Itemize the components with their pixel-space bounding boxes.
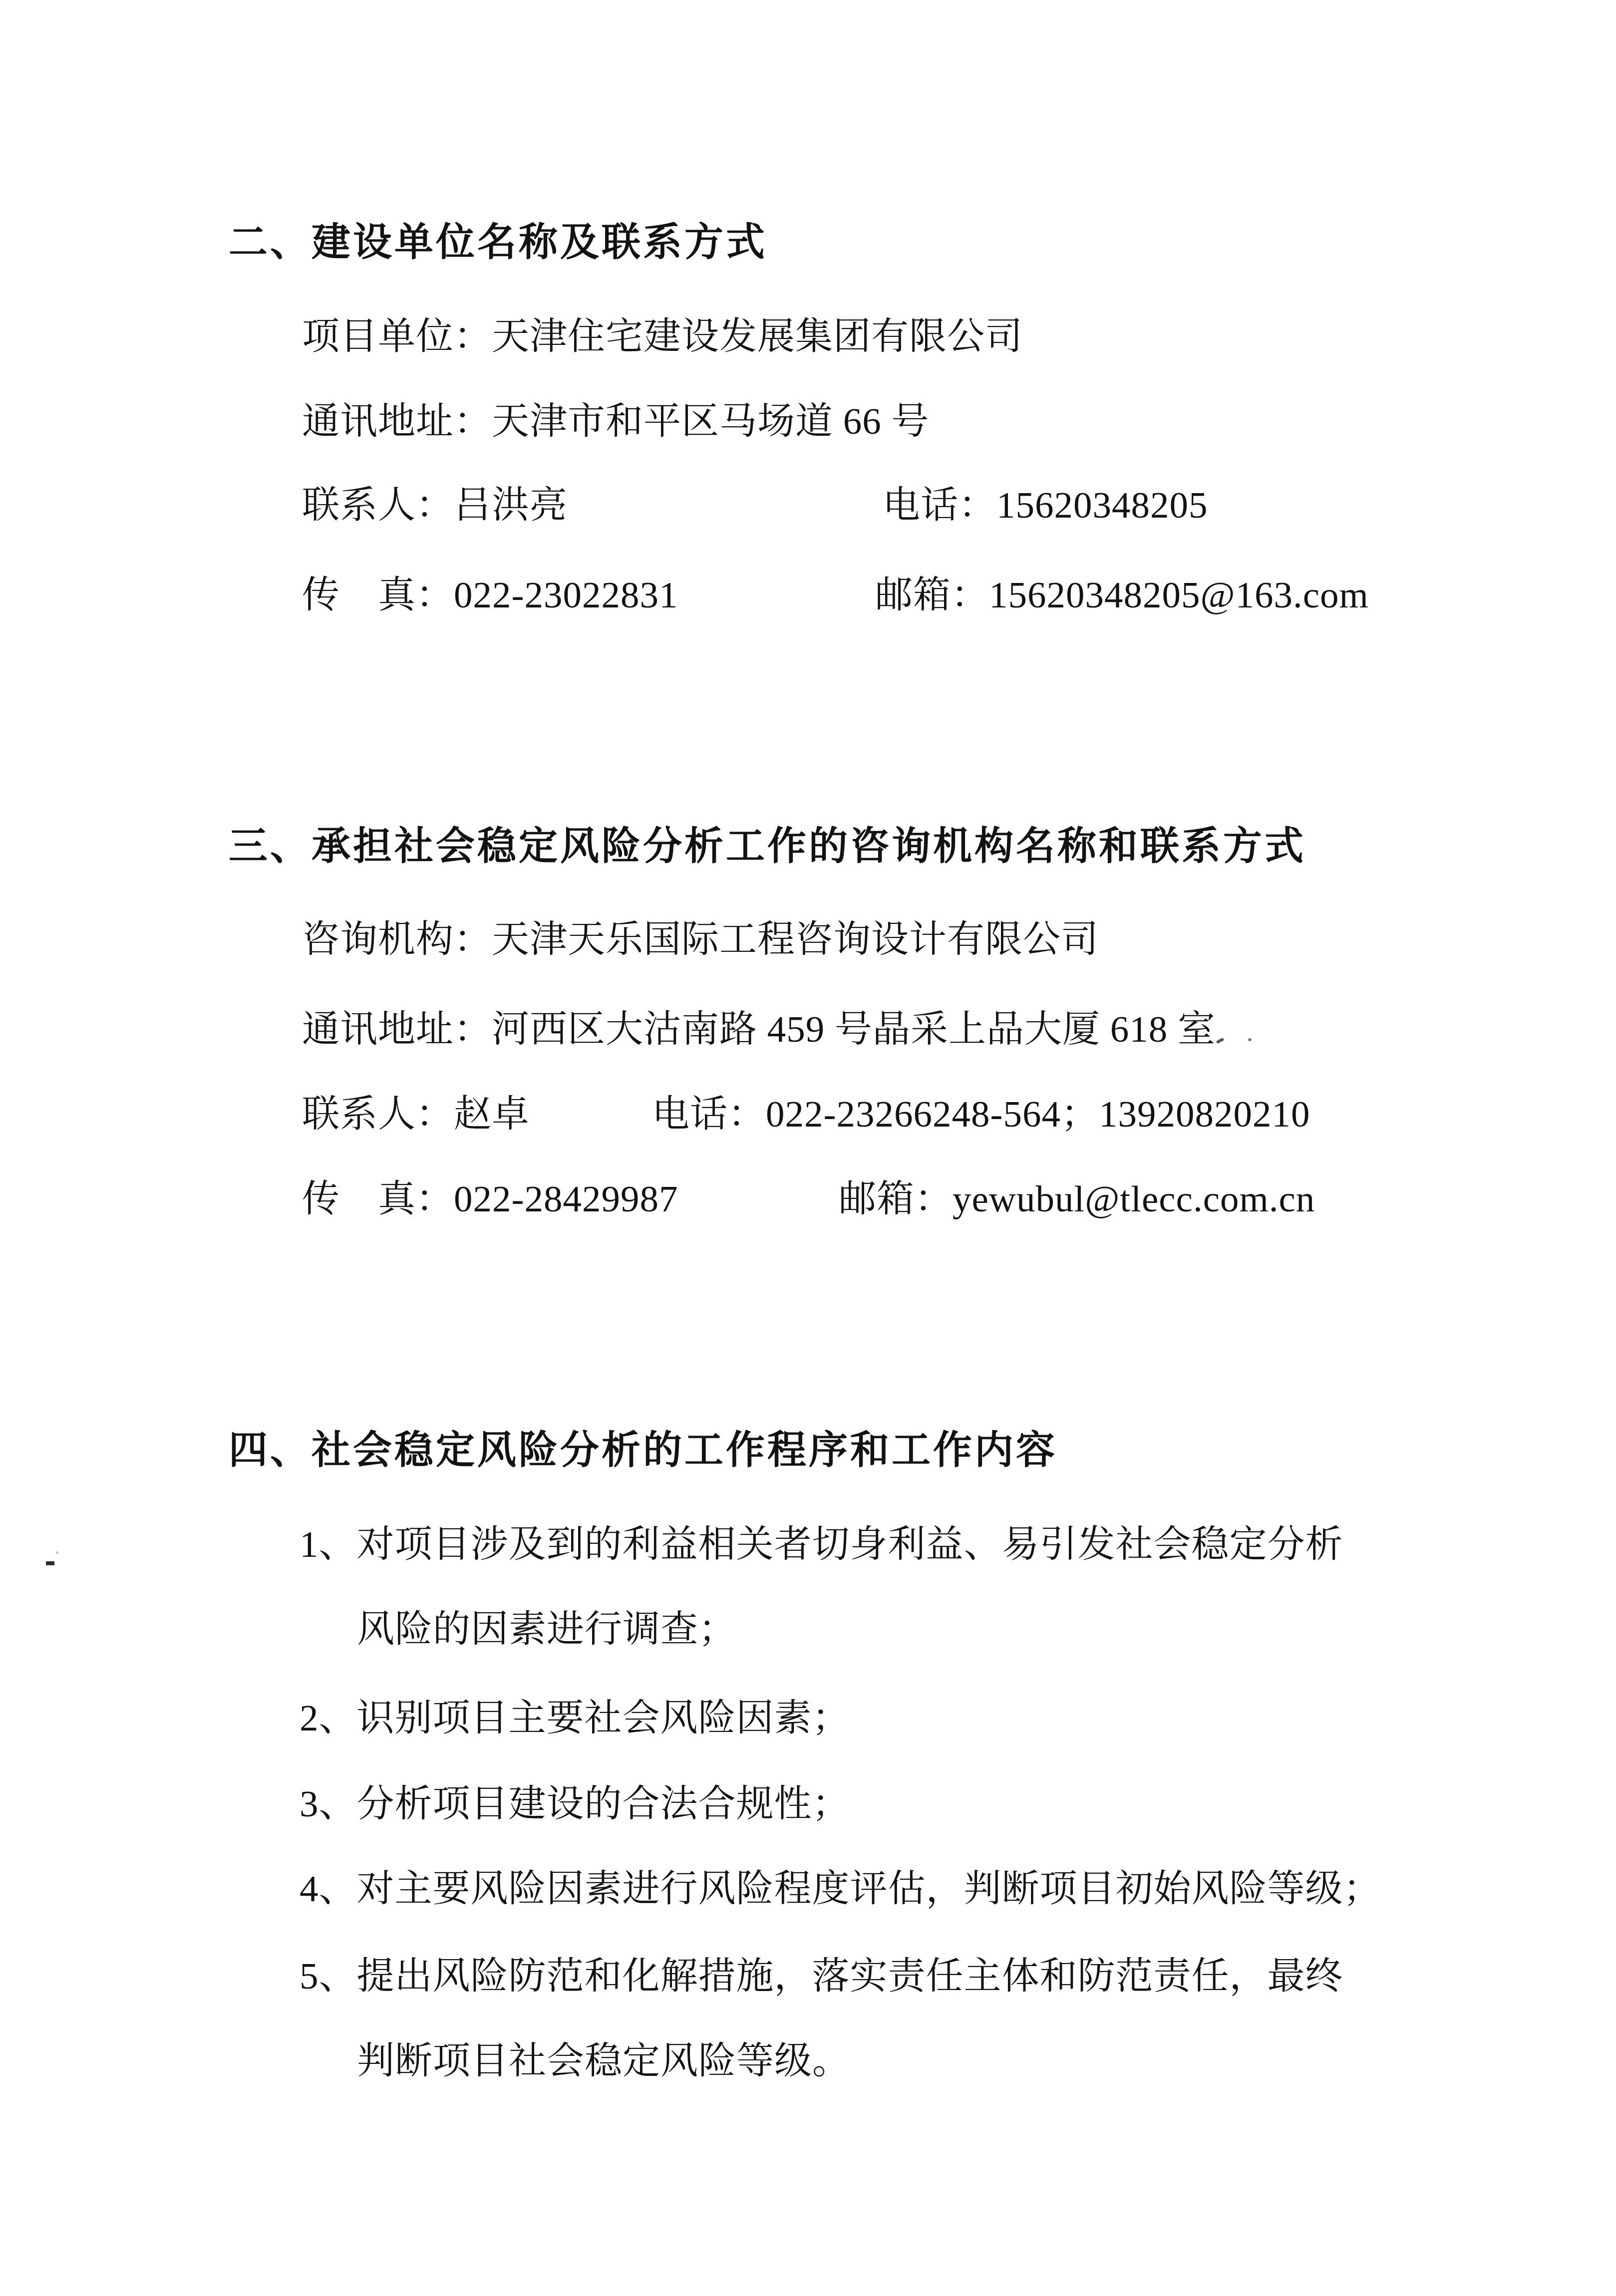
- scan-artifact-dash: [46, 1561, 54, 1565]
- field-label: 通讯地址：: [302, 401, 492, 442]
- agency-fax: 传 真：022-28429987: [302, 1180, 678, 1218]
- agency-phone: 电话：022-23266248-564；13920820210: [652, 1096, 1310, 1133]
- agency-email: 邮箱：yewubul@tlecc.com.cn: [839, 1180, 1315, 1218]
- field-label: 联系人：: [302, 1094, 454, 1135]
- project-unit-row: 项目单位：天津住宅建设发展集团有限公司: [302, 318, 1023, 355]
- procedure-item-1: 1、对项目涉及到的利益相关者切身利益、易引发社会稳定分析: [300, 1526, 1343, 1563]
- field-value: 15620348205@163.com: [989, 574, 1369, 616]
- item-text: 分析项目建设的合法合规性；: [357, 1783, 850, 1825]
- field-label: 邮箱：: [839, 1178, 953, 1220]
- item-text: 对项目涉及到的利益相关者切身利益、易引发社会稳定分析: [357, 1524, 1343, 1565]
- section-3-heading: 三、承担社会稳定风险分析工作的咨询机构名称和联系方式: [229, 827, 1306, 866]
- item-marker: 1、: [300, 1524, 357, 1565]
- agency-name-row: 咨询机构：天津天乐国际工程咨询设计有限公司: [302, 921, 1099, 958]
- field-label: 电话：: [883, 485, 996, 526]
- field-value: 天津市和平区马场道 66 号: [492, 401, 930, 442]
- field-label: 传 真：: [302, 574, 454, 616]
- field-value: 022-28429987: [454, 1178, 678, 1220]
- owner-address-row: 通讯地址：天津市和平区马场道 66 号: [302, 403, 930, 440]
- field-label: 咨询机构：: [302, 919, 492, 960]
- field-label: 邮箱：: [875, 574, 989, 616]
- field-value: 15620348205: [996, 485, 1208, 526]
- procedure-item-1-continuation: 风险的因素进行调查；: [357, 1611, 736, 1648]
- owner-phone: 电话：15620348205: [883, 487, 1208, 524]
- field-label: 项目单位：: [302, 316, 492, 357]
- scan-artifact-tick: [1216, 1038, 1225, 1044]
- field-value: 天津住宅建设发展集团有限公司: [492, 316, 1023, 357]
- procedure-item-5-continuation: 判断项目社会稳定风险等级。: [357, 2042, 850, 2080]
- section-2-heading: 二、建设单位名称及联系方式: [229, 223, 767, 262]
- field-value: 赵卓: [454, 1094, 530, 1135]
- item-marker: 2、: [300, 1698, 357, 1739]
- field-value: 022-23022831: [454, 574, 678, 616]
- procedure-item-3: 3、分析项目建设的合法合规性；: [300, 1785, 850, 1823]
- field-value: 吕洪亮: [454, 485, 568, 526]
- owner-contact-person: 联系人：吕洪亮: [302, 487, 568, 524]
- scan-artifact-speck: [56, 1551, 58, 1554]
- document-page: 二、建设单位名称及联系方式 项目单位：天津住宅建设发展集团有限公司 通讯地址：天…: [0, 0, 1616, 2296]
- item-text: 提出风险防范和化解措施，落实责任主体和防范责任，最终: [357, 1956, 1343, 1997]
- field-value: 河西区大沽南路 459 号晶采上品大厦 618 室: [492, 1009, 1216, 1050]
- scan-artifact-dot: [1248, 1038, 1252, 1041]
- field-value: 天津天乐国际工程咨询设计有限公司: [492, 919, 1099, 960]
- item-marker: 3、: [300, 1783, 357, 1825]
- procedure-item-4: 4、对主要风险因素进行风险程度评估，判断项目初始风险等级；: [300, 1870, 1381, 1908]
- agency-contact-person: 联系人：赵卓: [302, 1096, 530, 1133]
- item-marker: 4、: [300, 1868, 357, 1910]
- field-label: 传 真：: [302, 1178, 454, 1220]
- owner-email: 邮箱：15620348205@163.com: [875, 576, 1369, 614]
- field-label: 联系人：: [302, 485, 454, 526]
- item-text: 风险的因素进行调查；: [357, 1609, 736, 1650]
- field-label: 电话：: [652, 1094, 766, 1135]
- item-marker: 5、: [300, 1956, 357, 1997]
- agency-address-row: 通讯地址：河西区大沽南路 459 号晶采上品大厦 618 室: [302, 1011, 1216, 1048]
- section-4-heading: 四、社会稳定风险分析的工作程序和工作内容: [229, 1431, 1057, 1470]
- field-label: 通讯地址：: [302, 1009, 492, 1050]
- procedure-item-2: 2、识别项目主要社会风险因素；: [300, 1700, 850, 1737]
- owner-fax: 传 真：022-23022831: [302, 576, 678, 614]
- item-text: 识别项目主要社会风险因素；: [357, 1698, 850, 1739]
- procedure-item-5: 5、提出风险防范和化解措施，落实责任主体和防范责任，最终: [300, 1958, 1343, 1995]
- item-text: 判断项目社会稳定风险等级。: [357, 2040, 850, 2082]
- item-text: 对主要风险因素进行风险程度评估，判断项目初始风险等级；: [357, 1868, 1381, 1910]
- field-value: 022-23266248-564；13920820210: [766, 1094, 1310, 1135]
- field-value: yewubul@tlecc.com.cn: [953, 1178, 1315, 1220]
